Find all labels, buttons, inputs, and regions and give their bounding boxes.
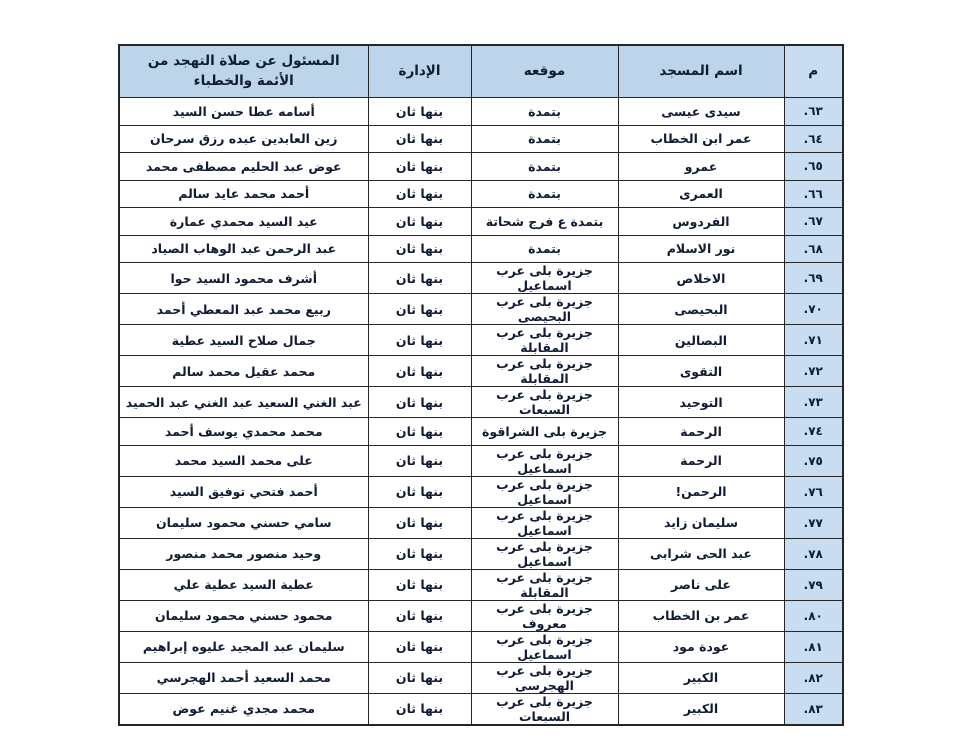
cell-num: ٦٥. xyxy=(784,153,843,181)
cell-responsible: أحمد محمد عايد سالم xyxy=(119,180,368,208)
table-row: ٨١.عودة مودجزيرة بلى عرب اسماعيلبنها ثان… xyxy=(119,631,843,662)
table-row: ٧٧.سليمان زايدجزيرة بلى عرب اسماعيلبنها … xyxy=(119,507,843,538)
cell-num: ٧١. xyxy=(784,325,843,356)
cell-admin: بنها ثان xyxy=(368,208,471,236)
cell-responsible: زين العابدين عبده رزق سرحان xyxy=(119,125,368,153)
column-header-mosque-name: اسم المسجد xyxy=(618,45,784,98)
cell-mosque: العمرى xyxy=(618,180,784,208)
cell-num: ٧٦. xyxy=(784,476,843,507)
table-row: ٨٣.الكبيرجزيرة بلى عرب السبعاتبنها ثانمح… xyxy=(119,693,843,725)
cell-admin: بنها ثان xyxy=(368,263,471,294)
cell-admin: بنها ثان xyxy=(368,631,471,662)
cell-responsible: سليمان عبد المجيد عليوه إبراهيم xyxy=(119,631,368,662)
table-row: ٨٠.عمر بن الخطابجزيرة بلى عرب معروفبنها … xyxy=(119,600,843,631)
cell-admin: بنها ثان xyxy=(368,125,471,153)
cell-responsible: ربيع محمد عبد المعطي أحمد xyxy=(119,294,368,325)
cell-responsible: عيد السيد محمدي عمارة xyxy=(119,208,368,236)
cell-responsible: سامي حسني محمود سليمان xyxy=(119,507,368,538)
cell-location: بتمدة xyxy=(471,98,618,126)
table-row: ٦٩.الاخلاصجزيرة بلى عرب اسماعيلبنها ثانأ… xyxy=(119,263,843,294)
cell-mosque: الرحمة xyxy=(618,445,784,476)
cell-admin: بنها ثان xyxy=(368,153,471,181)
cell-num: ٦٨. xyxy=(784,235,843,263)
cell-num: ٧٧. xyxy=(784,507,843,538)
cell-location: جزيرة بلى عرب اسماعيل xyxy=(471,263,618,294)
cell-admin: بنها ثان xyxy=(368,180,471,208)
cell-admin: بنها ثان xyxy=(368,662,471,693)
cell-num: ٦٧. xyxy=(784,208,843,236)
cell-responsible: جمال صلاح السيد عطية xyxy=(119,325,368,356)
cell-location: بتمدة ع فرج شحاتة xyxy=(471,208,618,236)
cell-admin: بنها ثان xyxy=(368,507,471,538)
table-sheet: م اسم المسجد موقعه الإدارة المسئول عن صل… xyxy=(118,44,842,726)
column-header-responsible: المسئول عن صلاة التهجد من الأئمة والخطبا… xyxy=(119,45,368,98)
cell-location: جزيرة بلى الشراقوة xyxy=(471,418,618,446)
cell-mosque: عودة مود xyxy=(618,631,784,662)
table-row: ٧٩.على ناصرجزيرة بلى عرب المقابلةبنها ثا… xyxy=(119,569,843,600)
table-row: ٧٠.البحيصىجزيرة بلى عرب البحيصىبنها ثانر… xyxy=(119,294,843,325)
cell-location: جزيرة بلى عرب اسماعيل xyxy=(471,476,618,507)
cell-responsible: عوض عبد الحليم مصطفى محمد xyxy=(119,153,368,181)
cell-mosque: نور الاسلام xyxy=(618,235,784,263)
cell-admin: بنها ثان xyxy=(368,418,471,446)
cell-num: ٧٩. xyxy=(784,569,843,600)
cell-responsible: محمد عقيل محمد سالم xyxy=(119,356,368,387)
cell-location: جزيرة بلى عرب معروف xyxy=(471,600,618,631)
cell-responsible: محمد السعيد أحمد الهجرسي xyxy=(119,662,368,693)
cell-admin: بنها ثان xyxy=(368,445,471,476)
cell-admin: بنها ثان xyxy=(368,569,471,600)
table-row: ٨٢.الكبيرجزيرة بلى عرب الهجرسىبنها ثانمح… xyxy=(119,662,843,693)
cell-location: جزيرة بلى عرب المقابلة xyxy=(471,325,618,356)
cell-num: ٧٥. xyxy=(784,445,843,476)
cell-responsible: أسامه عطا حسن السيد xyxy=(119,98,368,126)
table-row: ٦٨.نور الاسلامبتمدةبنها ثانعبد الرحمن عب… xyxy=(119,235,843,263)
cell-location: بتمدة xyxy=(471,153,618,181)
cell-num: ٧٣. xyxy=(784,387,843,418)
cell-mosque: سليمان زايد xyxy=(618,507,784,538)
cell-num: ٨٠. xyxy=(784,600,843,631)
table-row: ٦٣.سيدى عيسىبتمدةبنها ثانأسامه عطا حسن ا… xyxy=(119,98,843,126)
table-row: ٦٥.عمروبتمدةبنها ثانعوض عبد الحليم مصطفى… xyxy=(119,153,843,181)
cell-location: بتمدة xyxy=(471,235,618,263)
cell-responsible: على محمد السيد محمد xyxy=(119,445,368,476)
cell-mosque: الكبير xyxy=(618,693,784,725)
cell-admin: بنها ثان xyxy=(368,476,471,507)
cell-admin: بنها ثان xyxy=(368,325,471,356)
cell-mosque: عمرو xyxy=(618,153,784,181)
cell-location: بتمدة xyxy=(471,125,618,153)
cell-num: ٧٠. xyxy=(784,294,843,325)
table-header: م اسم المسجد موقعه الإدارة المسئول عن صل… xyxy=(119,45,843,98)
cell-num: ٦٩. xyxy=(784,263,843,294)
cell-admin: بنها ثان xyxy=(368,356,471,387)
cell-responsible: أحمد فتحي توفيق السيد xyxy=(119,476,368,507)
table-row: ٧٦.الرحمن!جزيرة بلى عرب اسماعيلبنها ثانأ… xyxy=(119,476,843,507)
cell-location: جزيرة بلى عرب اسماعيل xyxy=(471,445,618,476)
cell-num: ٦٦. xyxy=(784,180,843,208)
cell-mosque: عمر بن الخطاب xyxy=(618,600,784,631)
table-row: ٧١.البصالينجزيرة بلى عرب المقابلةبنها ثا… xyxy=(119,325,843,356)
cell-num: ٦٤. xyxy=(784,125,843,153)
table-row: ٧٣.التوحيدجزيرة بلى عرب السبعاتبنها ثانع… xyxy=(119,387,843,418)
column-header-location: موقعه xyxy=(471,45,618,98)
cell-responsible: عطية السيد عطية علي xyxy=(119,569,368,600)
cell-location: جزيرة بلى عرب المقابلة xyxy=(471,356,618,387)
cell-num: ٨٢. xyxy=(784,662,843,693)
cell-mosque: البصالين xyxy=(618,325,784,356)
table-row: ٧٨.عبد الحى شرابىجزيرة بلى عرب اسماعيلبن… xyxy=(119,538,843,569)
cell-responsible: وحيد منصور محمد منصور xyxy=(119,538,368,569)
header-row: م اسم المسجد موقعه الإدارة المسئول عن صل… xyxy=(119,45,843,98)
tahajjud-mosques-table: م اسم المسجد موقعه الإدارة المسئول عن صل… xyxy=(118,44,844,726)
cell-location: بتمدة xyxy=(471,180,618,208)
cell-mosque: على ناصر xyxy=(618,569,784,600)
cell-responsible: أشرف محمود السيد حوا xyxy=(119,263,368,294)
table-row: ٧٢.التقوىجزيرة بلى عرب المقابلةبنها ثانم… xyxy=(119,356,843,387)
cell-location: جزيرة بلى عرب السبعات xyxy=(471,693,618,725)
cell-mosque: الكبير xyxy=(618,662,784,693)
cell-location: جزيرة بلى عرب اسماعيل xyxy=(471,538,618,569)
cell-location: جزيرة بلى عرب البحيصى xyxy=(471,294,618,325)
cell-responsible: محمد محمدي يوسف أحمد xyxy=(119,418,368,446)
cell-mosque: الفردوس xyxy=(618,208,784,236)
cell-mosque: التوحيد xyxy=(618,387,784,418)
table-row: ٦٤.عمر ابن الخطاببتمدةبنها ثانزين العابد… xyxy=(119,125,843,153)
cell-num: ٧٨. xyxy=(784,538,843,569)
cell-admin: بنها ثان xyxy=(368,294,471,325)
document-page: { "table": { "direction": "rtl", "header… xyxy=(0,0,960,742)
cell-num: ٦٣. xyxy=(784,98,843,126)
cell-num: ٧٤. xyxy=(784,418,843,446)
cell-location: جزيرة بلى عرب اسماعيل xyxy=(471,507,618,538)
cell-responsible: محمد مجدي غنيم عوض xyxy=(119,693,368,725)
cell-location: جزيرة بلى عرب المقابلة xyxy=(471,569,618,600)
table-row: ٦٦.العمرىبتمدةبنها ثانأحمد محمد عايد سال… xyxy=(119,180,843,208)
cell-admin: بنها ثان xyxy=(368,235,471,263)
cell-admin: بنها ثان xyxy=(368,98,471,126)
cell-mosque: الرحمة xyxy=(618,418,784,446)
cell-mosque: الاخلاص xyxy=(618,263,784,294)
cell-responsible: عبد الغني السعيد عبد الغني عبد الحميد xyxy=(119,387,368,418)
table-row: ٧٤.الرحمةجزيرة بلى الشراقوةبنها ثانمحمد … xyxy=(119,418,843,446)
cell-admin: بنها ثان xyxy=(368,693,471,725)
cell-mosque: الرحمن! xyxy=(618,476,784,507)
cell-admin: بنها ثان xyxy=(368,600,471,631)
cell-mosque: عمر ابن الخطاب xyxy=(618,125,784,153)
cell-num: ٨١. xyxy=(784,631,843,662)
cell-location: جزيرة بلى عرب الهجرسى xyxy=(471,662,618,693)
table-row: ٦٧.الفردوسبتمدة ع فرج شحاتةبنها ثانعيد ا… xyxy=(119,208,843,236)
table-body: ٦٣.سيدى عيسىبتمدةبنها ثانأسامه عطا حسن ا… xyxy=(119,98,843,725)
column-header-number: م xyxy=(784,45,843,98)
cell-admin: بنها ثان xyxy=(368,538,471,569)
column-header-administration: الإدارة xyxy=(368,45,471,98)
cell-mosque: التقوى xyxy=(618,356,784,387)
cell-responsible: محمود حسني محمود سليمان xyxy=(119,600,368,631)
cell-responsible: عبد الرحمن عبد الوهاب الصياد xyxy=(119,235,368,263)
cell-admin: بنها ثان xyxy=(368,387,471,418)
cell-location: جزيرة بلى عرب السبعات xyxy=(471,387,618,418)
cell-mosque: البحيصى xyxy=(618,294,784,325)
cell-location: جزيرة بلى عرب اسماعيل xyxy=(471,631,618,662)
cell-mosque: عبد الحى شرابى xyxy=(618,538,784,569)
table-row: ٧٥.الرحمةجزيرة بلى عرب اسماعيلبنها ثانعل… xyxy=(119,445,843,476)
cell-num: ٨٣. xyxy=(784,693,843,725)
cell-mosque: سيدى عيسى xyxy=(618,98,784,126)
cell-num: ٧٢. xyxy=(784,356,843,387)
